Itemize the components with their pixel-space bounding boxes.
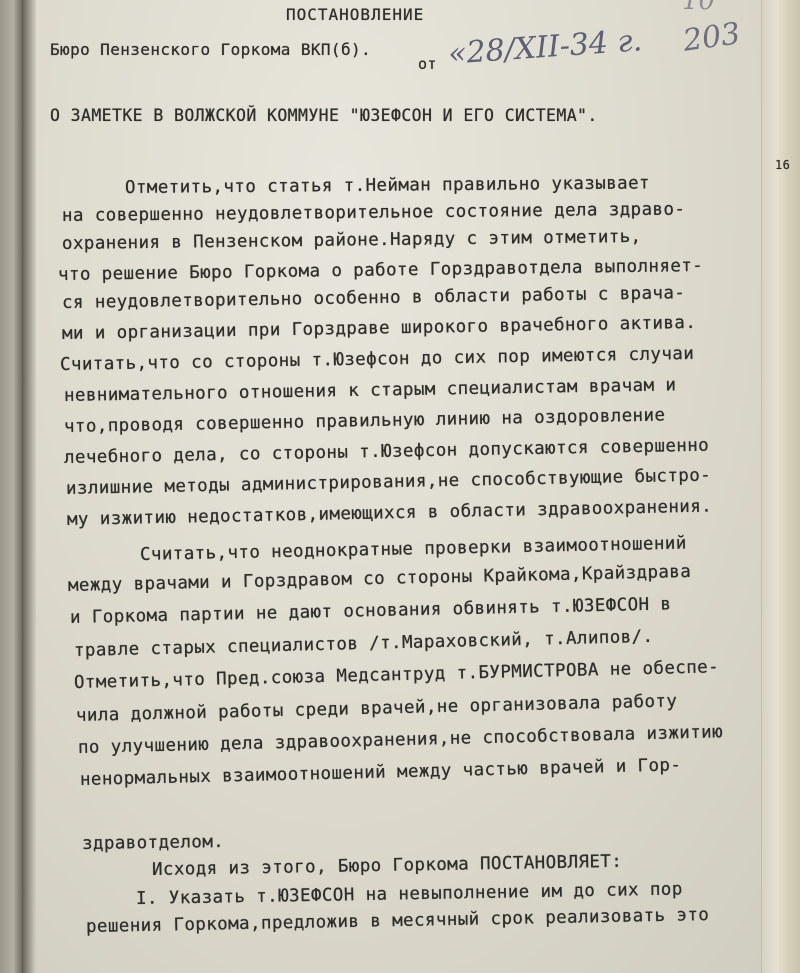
date-prefix: от [418, 55, 437, 73]
page-edge-stack [761, 0, 800, 973]
page-gutter-shadow [22, 0, 36, 973]
margin-mark-right: 16 [775, 158, 790, 172]
document-issuer: Бюро Пензенского Горкома ВКП(б). [50, 40, 371, 59]
text-line: здравотделом. [82, 832, 224, 854]
margin-mark-top: 10 [682, 0, 715, 16]
document-subject: О ЗАМЕТКЕ В ВОЛЖСКОЙ КОММУНЕ "ЮЗЕФСОН И … [50, 106, 598, 125]
document-title: ПОСТАНОВЛЕНИЕ [286, 5, 424, 24]
binder-edge [0, 0, 22, 973]
